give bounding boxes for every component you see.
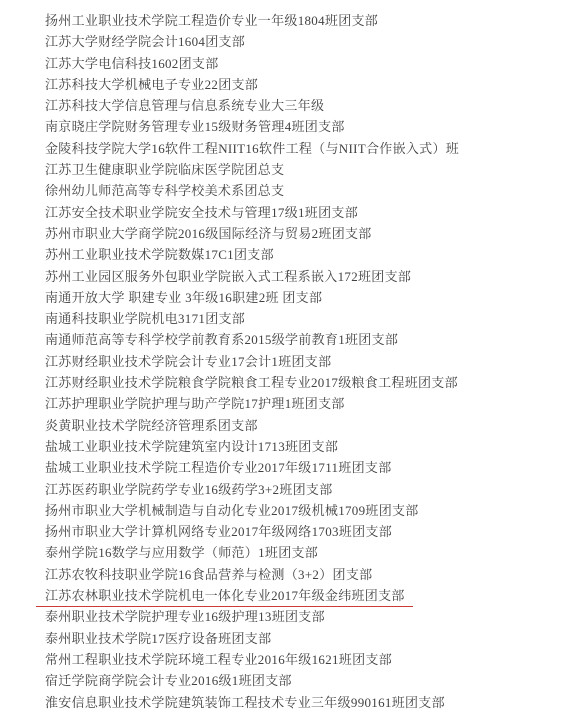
list-item: 南京晓庄学院财务管理专业15级财务管理4班团支部	[45, 116, 554, 137]
list-item: 苏州工业职业技术学院数媒17C1团支部	[45, 244, 554, 265]
branch-text: 江苏卫生健康职业学院临床医学院团总支	[45, 159, 284, 180]
document-page: 扬州工业职业技术学院工程造价专业一年级1804班团支部江苏大学财经学院会计160…	[0, 0, 564, 716]
list-item: 江苏财经职业技术学院粮食学院粮食工程专业2017级粮食工程班团支部	[45, 372, 554, 393]
branch-text: 江苏护理职业学院护理与助产学院17护理1班团支部	[45, 393, 345, 414]
list-item: 泰州学院16数学与应用数学（师范）1班团支部	[45, 542, 554, 563]
branch-text: 徐州幼儿师范高等专科学校美术系团总支	[45, 180, 284, 201]
branch-text: 江苏农牧科技职业学院16食品营养与检测（3+2）团支部	[45, 564, 372, 585]
branch-text: 江苏科技大学机械电子专业22团支部	[45, 74, 258, 95]
list-item: 徐州幼儿师范高等专科学校美术系团总支	[45, 180, 554, 201]
branch-text: 炎黄职业技术学院经济管理系团支部	[45, 415, 258, 436]
list-item: 盐城工业职业技术学院工程造价专业2017年级1711班团支部	[45, 457, 554, 478]
branch-text: 江苏财经职业技术学院粮食学院粮食工程专业2017级粮食工程班团支部	[45, 372, 458, 393]
list-item: 苏州工业园区服务外包职业学院嵌入式工程系嵌入172班团支部	[45, 266, 554, 287]
list-item: 苏州市职业大学商学院2016级国际经济与贸易2班团支部	[45, 223, 554, 244]
list-item: 江苏财经职业技术学院会计专业17会计1班团支部	[45, 351, 554, 372]
list-item: 金陵科技学院大学16软件工程NIIT16软件工程（与NIIT合作嵌入式）班	[45, 138, 554, 159]
list-item: 江苏科技大学信息管理与信息系统专业大三年级	[45, 95, 554, 116]
branch-text: 常州工程职业技术学院环境工程专业2016年级1621班团支部	[45, 649, 392, 670]
list-item: 南通师范高等专科学校学前教育系2015级学前教育1班团支部	[45, 329, 554, 350]
branch-text-red-underlined: 江苏农林职业技术学院机电一体化专业2017年级金纬班团支部	[36, 586, 413, 607]
branch-text: 南通师范高等专科学校学前教育系2015级学前教育1班团支部	[45, 329, 398, 350]
list-item: 泰州职业技术学院17医疗设备班团支部	[45, 628, 554, 649]
branch-text: 扬州市职业大学计算机网络专业2017年级网络1703班团支部	[45, 521, 392, 542]
branch-text: 南通科技职业学院机电3171团支部	[45, 308, 245, 329]
branch-text: 江苏财经职业技术学院会计专业17会计1班团支部	[45, 351, 331, 372]
branch-text: 淮安信息职业技术学院建筑装饰工程技术专业三年级990161班团支部	[45, 692, 445, 713]
list-item: 江苏大学财经学院会计1604团支部	[45, 31, 554, 52]
list-item: 扬州市职业大学计算机网络专业2017年级网络1703班团支部	[45, 521, 554, 542]
branch-text: 江苏大学电信科技1602团支部	[45, 53, 219, 74]
list-item: 常州工程职业技术学院环境工程专业2016年级1621班团支部	[45, 649, 554, 670]
branch-text: 苏州工业园区服务外包职业学院嵌入式工程系嵌入172班团支部	[45, 266, 411, 287]
branch-text: 江苏大学财经学院会计1604团支部	[45, 31, 245, 52]
branch-text: 泰州学院16数学与应用数学（师范）1班团支部	[45, 542, 318, 563]
list-item: 江苏医药职业学院药学专业16级药学3+2班团支部	[45, 479, 554, 500]
list-item: 江苏卫生健康职业学院临床医学院团总支	[45, 159, 554, 180]
branch-text: 扬州市职业大学机械制造与自动化专业2017级机械1709班团支部	[45, 500, 419, 521]
branch-text: 扬州工业职业技术学院工程造价专业一年级1804班团支部	[45, 10, 378, 31]
list-item: 盐城工业职业技术学院建筑室内设计1713班团支部	[45, 436, 554, 457]
branch-list: 扬州工业职业技术学院工程造价专业一年级1804班团支部江苏大学财经学院会计160…	[45, 10, 554, 713]
list-item: 淮安信息职业技术学院建筑装饰工程技术专业三年级990161班团支部	[45, 692, 554, 713]
branch-text: 宿迁学院商学院会计专业2016级1班团支部	[45, 670, 292, 691]
branch-text: 泰州职业技术学院17医疗设备班团支部	[45, 628, 271, 649]
list-item: 扬州市职业大学机械制造与自动化专业2017级机械1709班团支部	[45, 500, 554, 521]
branch-text: 江苏安全技术职业学院安全技术与管理17级1班团支部	[45, 202, 358, 223]
list-item: 江苏大学电信科技1602团支部	[45, 53, 554, 74]
branch-text: 江苏科技大学信息管理与信息系统专业大三年级	[45, 95, 324, 116]
list-item: 江苏农林职业技术学院机电一体化专业2017年级金纬班团支部	[45, 585, 554, 606]
list-item: 江苏护理职业学院护理与助产学院17护理1班团支部	[45, 393, 554, 414]
list-item: 宿迁学院商学院会计专业2016级1班团支部	[45, 670, 554, 691]
list-item: 炎黄职业技术学院经济管理系团支部	[45, 415, 554, 436]
list-item: 南通科技职业学院机电3171团支部	[45, 308, 554, 329]
list-item: 江苏科技大学机械电子专业22团支部	[45, 74, 554, 95]
branch-text: 泰州职业技术学院护理专业16级护理13班团支部	[45, 606, 325, 627]
list-item: 扬州工业职业技术学院工程造价专业一年级1804班团支部	[45, 10, 554, 31]
list-item: 江苏安全技术职业学院安全技术与管理17级1班团支部	[45, 202, 554, 223]
branch-text: 江苏医药职业学院药学专业16级药学3+2班团支部	[45, 479, 333, 500]
branch-text: 苏州工业职业技术学院数媒17C1团支部	[45, 244, 274, 265]
branch-text: 盐城工业职业技术学院工程造价专业2017年级1711班团支部	[45, 457, 392, 478]
list-item: 泰州职业技术学院护理专业16级护理13班团支部	[45, 606, 554, 627]
branch-text: 苏州市职业大学商学院2016级国际经济与贸易2班团支部	[45, 223, 372, 244]
list-item: 江苏农牧科技职业学院16食品营养与检测（3+2）团支部	[45, 564, 554, 585]
branch-text: 南通开放大学 职建专业 3年级16职建2班 团支部	[45, 287, 322, 308]
branch-text: 南京晓庄学院财务管理专业15级财务管理4班团支部	[45, 116, 345, 137]
branch-text: 金陵科技学院大学16软件工程NIIT16软件工程（与NIIT合作嵌入式）班	[45, 138, 459, 159]
list-item: 南通开放大学 职建专业 3年级16职建2班 团支部	[45, 287, 554, 308]
branch-text: 盐城工业职业技术学院建筑室内设计1713班团支部	[45, 436, 338, 457]
